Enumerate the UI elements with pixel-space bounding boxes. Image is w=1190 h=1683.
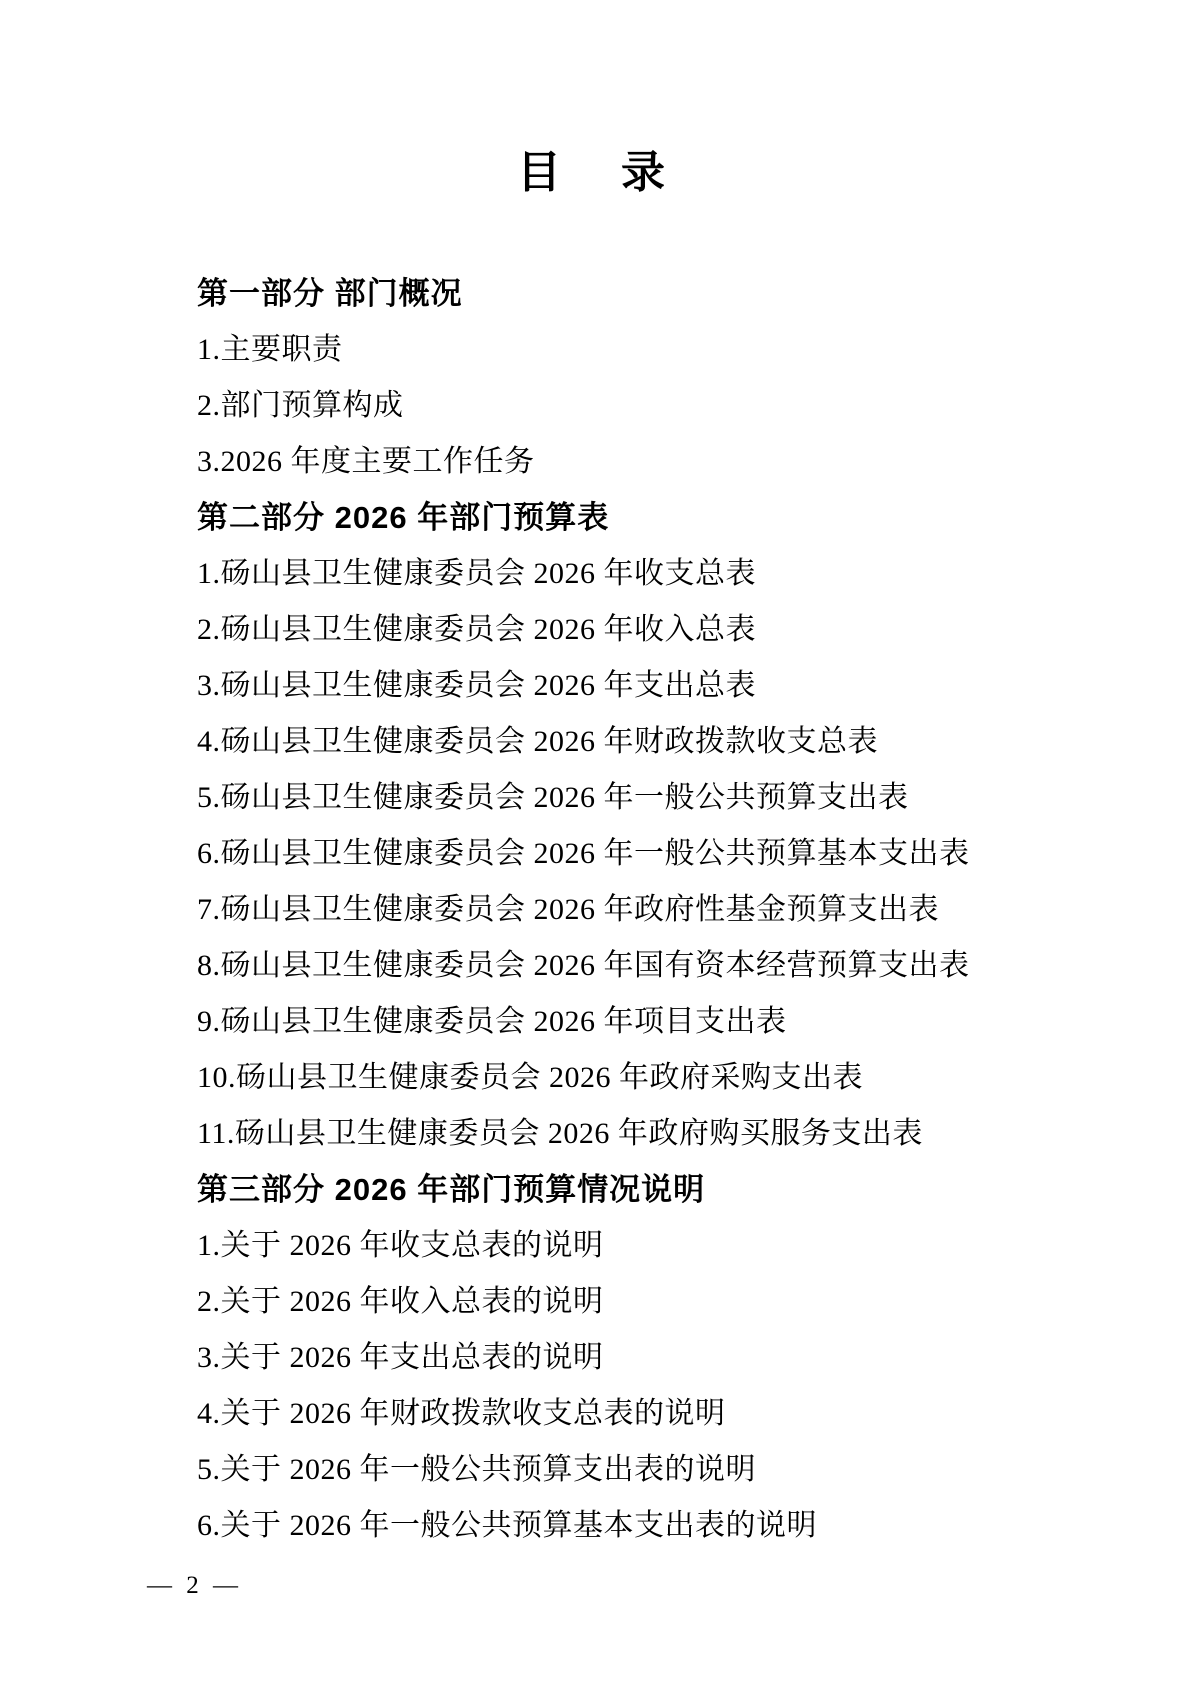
- toc-item: 2.关于 2026 年收入总表的说明: [197, 1270, 1110, 1326]
- toc-item: 11.砀山县卫生健康委员会 2026 年政府购买服务支出表: [197, 1102, 1110, 1158]
- page-number-footer: — 2 —: [147, 1572, 242, 1600]
- toc-item: 7.砀山县卫生健康委员会 2026 年政府性基金预算支出表: [197, 878, 1110, 934]
- toc-item: 4.关于 2026 年财政拨款收支总表的说明: [197, 1382, 1110, 1438]
- section-heading-part-3: 第三部分 2026 年部门预算情况说明: [197, 1158, 1110, 1214]
- section-heading-part-2: 第二部分 2026 年部门预算表: [197, 486, 1110, 542]
- page-title: 目 录: [0, 148, 1190, 199]
- toc-item: 9.砀山县卫生健康委员会 2026 年项目支出表: [197, 990, 1110, 1046]
- toc-item: 3.砀山县卫生健康委员会 2026 年支出总表: [197, 654, 1110, 710]
- toc-item: 3.2026 年度主要工作任务: [197, 430, 1110, 486]
- toc-item: 3.关于 2026 年支出总表的说明: [197, 1326, 1110, 1382]
- toc-item: 1.砀山县卫生健康委员会 2026 年收支总表: [197, 542, 1110, 598]
- document-page: 目 录 第一部分 部门概况 1.主要职责 2.部门预算构成 3.2026 年度主…: [0, 0, 1190, 1683]
- toc-item: 2.部门预算构成: [197, 374, 1110, 430]
- toc-item: 10.砀山县卫生健康委员会 2026 年政府采购支出表: [197, 1046, 1110, 1102]
- toc-item: 6.砀山县卫生健康委员会 2026 年一般公共预算基本支出表: [197, 822, 1110, 878]
- toc-item: 5.关于 2026 年一般公共预算支出表的说明: [197, 1438, 1110, 1494]
- toc-item: 2.砀山县卫生健康委员会 2026 年收入总表: [197, 598, 1110, 654]
- toc-item: 5.砀山县卫生健康委员会 2026 年一般公共预算支出表: [197, 766, 1110, 822]
- toc-item: 1.主要职责: [197, 318, 1110, 374]
- section-heading-part-1: 第一部分 部门概况: [197, 262, 1110, 318]
- toc-item: 6.关于 2026 年一般公共预算基本支出表的说明: [197, 1494, 1110, 1550]
- table-of-contents: 第一部分 部门概况 1.主要职责 2.部门预算构成 3.2026 年度主要工作任…: [197, 262, 1110, 1550]
- toc-item: 4.砀山县卫生健康委员会 2026 年财政拨款收支总表: [197, 710, 1110, 766]
- toc-item: 1.关于 2026 年收支总表的说明: [197, 1214, 1110, 1270]
- toc-item: 8.砀山县卫生健康委员会 2026 年国有资本经营预算支出表: [197, 934, 1110, 990]
